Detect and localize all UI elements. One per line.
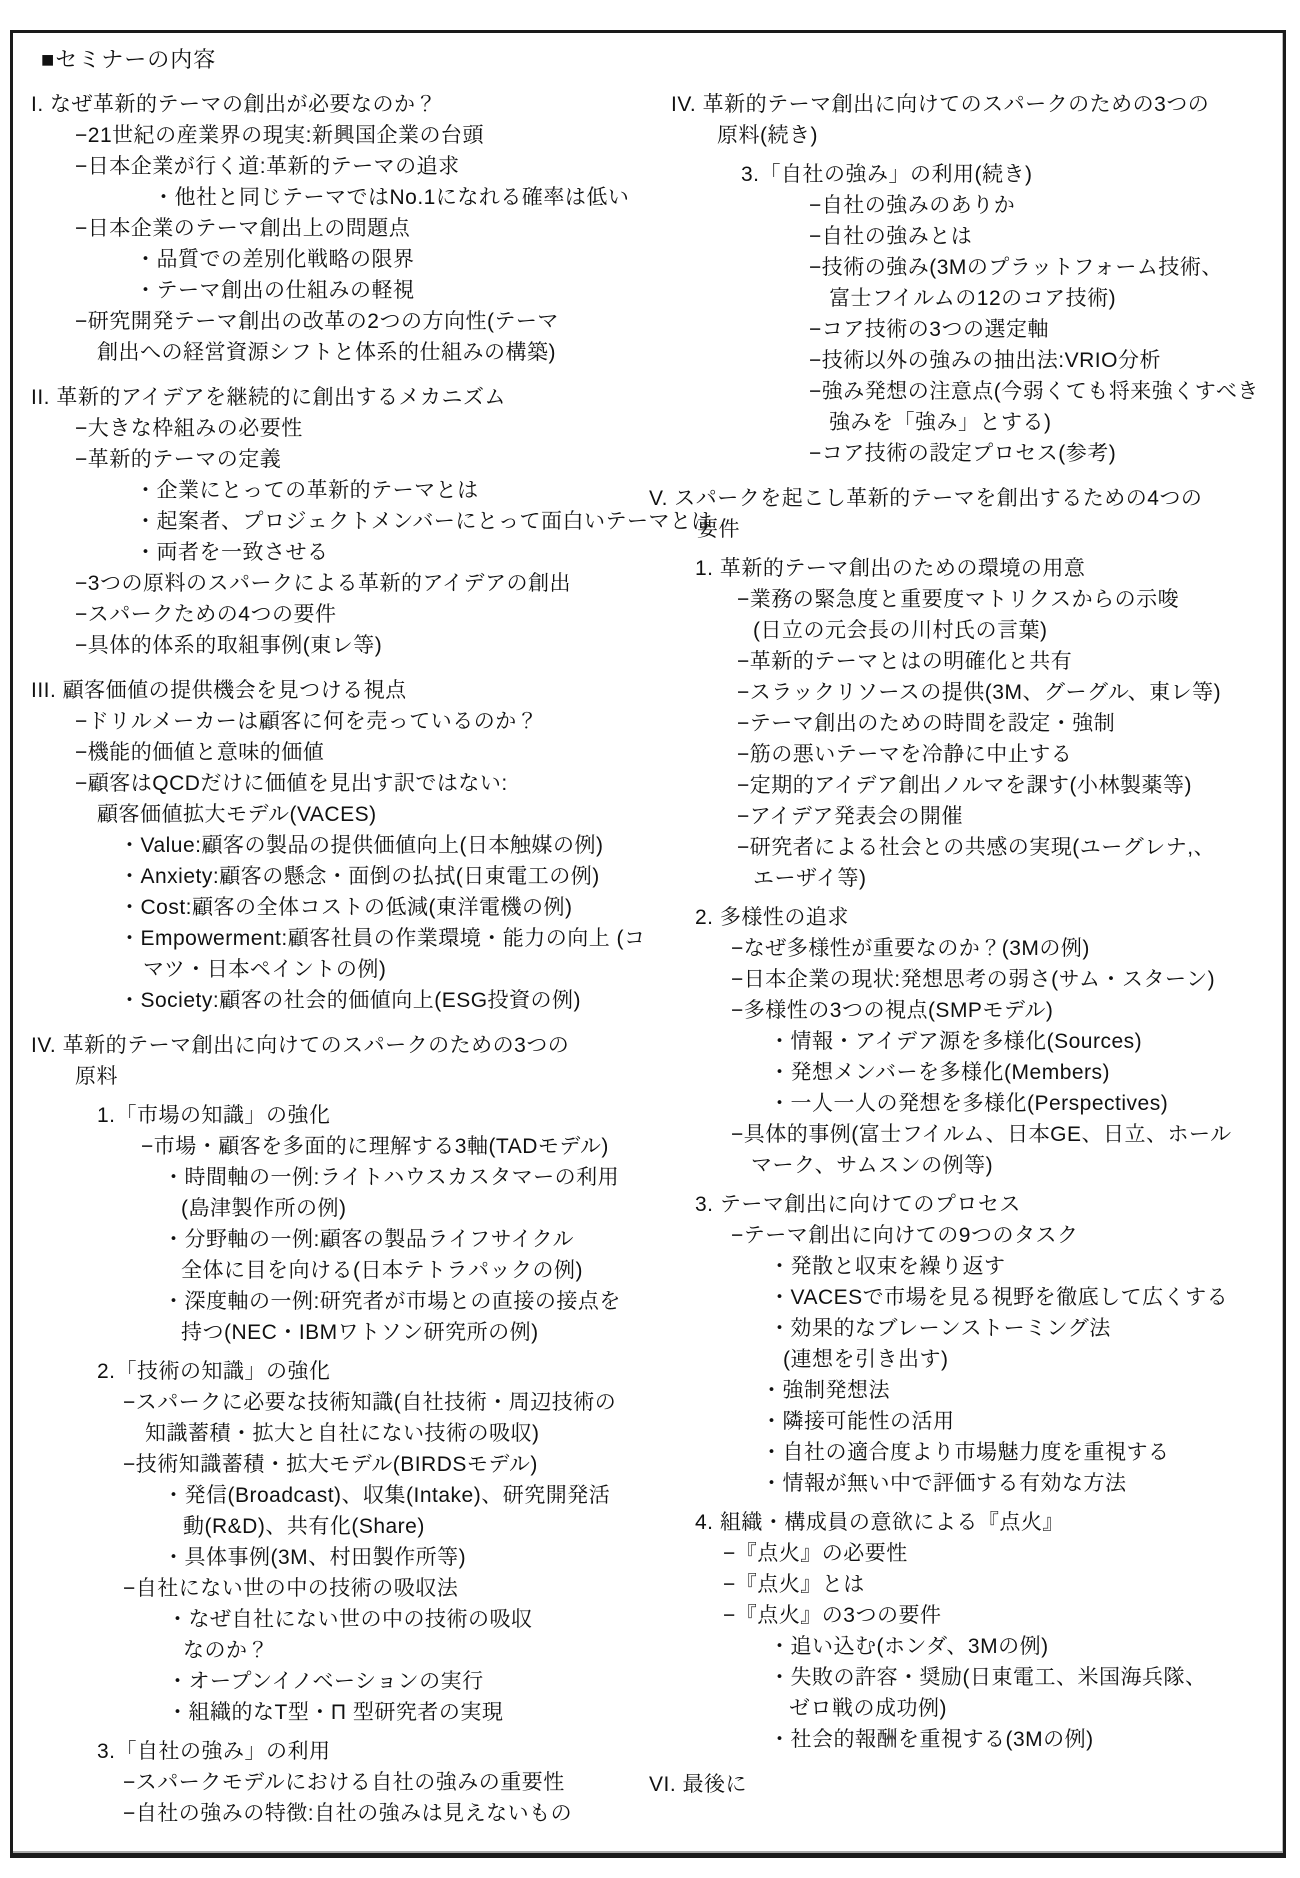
outline-line: 富士フイルムの12のコア技術) xyxy=(649,283,1283,314)
outline-line: IV. 革新的テーマ創出に向けてのスパークのための3つの xyxy=(31,1030,651,1061)
seminar-outline-document: { "page": { "title": "■セミナーの内容", "backgr… xyxy=(0,0,1300,1878)
outline-line: −顧客はQCDだけに価値を見出す訳ではない: xyxy=(31,768,651,799)
outline-line: 3.「自社の強み」の利用 xyxy=(31,1736,651,1767)
outline-line: ・両者を一致させる xyxy=(31,537,651,568)
outline-line: −自社の強みのありか xyxy=(649,190,1283,221)
outline-line: なのか？ xyxy=(31,1635,651,1666)
outline-line: 原料 xyxy=(31,1061,651,1092)
outline-line: −具体的体系的取組事例(東レ等) xyxy=(31,630,651,661)
outline-line: I. なぜ革新的テーマの創出が必要なのか？ xyxy=(31,89,651,120)
outline-line: −自社の強みとは xyxy=(649,221,1283,252)
outline-line: ・強制発想法 xyxy=(649,1375,1283,1406)
outline-line: ・他社と同じテーマではNo.1になれる確率は低い xyxy=(31,182,651,213)
outline-line: ・効果的なブレーンストーミング法 xyxy=(649,1313,1283,1344)
outline-line: −テーマ創出に向けての9つのタスク xyxy=(649,1220,1283,1251)
outline-line: 知識蓄積・拡大と自社にない技術の吸収) xyxy=(31,1418,651,1449)
outline-line: VI. 最後に xyxy=(649,1769,1283,1800)
outline-line: ・時間軸の一例:ライトハウスカスタマーの利用 xyxy=(31,1162,651,1193)
outline-line: 強みを「強み」とする) xyxy=(649,407,1283,438)
outline-line: 顧客価値拡大モデル(VACES) xyxy=(31,799,651,830)
outline-line: −コア技術の設定プロセス(参考) xyxy=(649,438,1283,469)
outline-line: 3.「自社の強み」の利用(続き) xyxy=(649,159,1283,190)
outline-line: −ドリルメーカーは顧客に何を売っているのか？ xyxy=(31,706,651,737)
outline-line: ・失敗の許容・奨励(日東電工、米国海兵隊、 xyxy=(649,1662,1283,1693)
outline-line: ・テーマ創出の仕組みの軽視 xyxy=(31,275,651,306)
outline-line: −多様性の3つの視点(SMPモデル) xyxy=(649,995,1283,1026)
outline-line: (日立の元会長の川村氏の言葉) xyxy=(649,615,1283,646)
outline-line: II. 革新的アイデアを継続的に創出するメカニズム xyxy=(31,382,651,413)
outline-line: −『点火』の3つの要件 xyxy=(649,1600,1283,1631)
outline-line: −スラックリソースの提供(3M、グーグル、東レ等) xyxy=(649,677,1283,708)
outline-line: ・企業にとっての革新的テーマとは xyxy=(31,475,651,506)
outline-line: ・VACESで市場を見る視野を徹底して広くする xyxy=(649,1282,1283,1313)
outline-line: 要件 xyxy=(649,514,1283,545)
outline-line: ・社会的報酬を重視する(3Mの例) xyxy=(649,1724,1283,1755)
outline-line: −強み発想の注意点(今弱くても将来強くすべき xyxy=(649,376,1283,407)
outline-line: ・深度軸の一例:研究者が市場との直接の接点を xyxy=(31,1286,651,1317)
outline-line: ・なぜ自社にない世の中の技術の吸収 xyxy=(31,1604,651,1635)
outline-line: ・Society:顧客の社会的価値向上(ESG投資の例) xyxy=(31,985,651,1016)
outline-line: −研究開発テーマ創出の改革の2つの方向性(テーマ xyxy=(31,306,651,337)
outline-line: −業務の緊急度と重要度マトリクスからの示唆 xyxy=(649,584,1283,615)
outline-line: 全体に目を向ける(日本テトラパックの例) xyxy=(31,1255,651,1286)
outline-line: (連想を引き出す) xyxy=(649,1344,1283,1375)
outline-line: −機能的価値と意味的価値 xyxy=(31,737,651,768)
outline-line: エーザイ等) xyxy=(649,863,1283,894)
outline-line: −筋の悪いテーマを冷静に中止する xyxy=(649,739,1283,770)
outline-line: ・隣接可能性の活用 xyxy=(649,1406,1283,1437)
outline-line: ・分野軸の一例:顧客の製品ライフサイクル xyxy=(31,1224,651,1255)
outline-line: −技術の強み(3Mのプラットフォーム技術、 xyxy=(649,252,1283,283)
outline-line: −技術知識蓄積・拡大モデル(BIRDSモデル) xyxy=(31,1449,651,1480)
outline-line: ・Value:顧客の製品の提供価値向上(日本触媒の例) xyxy=(31,830,651,861)
outline-line: ・起案者、プロジェクトメンバーにとって面白いテーマとは xyxy=(31,506,651,537)
outline-line: −日本企業が行く道:革新的テーマの追求 xyxy=(31,151,651,182)
outline-line: −研究者による社会との共感の実現(ユーグレナ,、 xyxy=(649,832,1283,863)
outline-line: −21世紀の産業界の現実:新興国企業の台頭 xyxy=(31,120,651,151)
outline-line: ・一人一人の発想を多様化(Perspectives) xyxy=(649,1088,1283,1119)
outline-line: −3つの原料のスパークによる革新的アイデアの創出 xyxy=(31,568,651,599)
outline-line: ・Empowerment:顧客社員の作業環境・能力の向上 (コ xyxy=(31,923,651,954)
outline-line: 2.「技術の知識」の強化 xyxy=(31,1356,651,1387)
outline-line: −スパークための4つの要件 xyxy=(31,599,651,630)
outline-line: ・具体事例(3M、村田製作所等) xyxy=(31,1542,651,1573)
outline-line: −日本企業の現状:発想思考の弱さ(サム・スターン) xyxy=(649,964,1283,995)
outline-line: V. スパークを起こし革新的テーマを創出するための4つの xyxy=(649,483,1283,514)
outline-line: 創出への経営資源シフトと体系的仕組みの構築) xyxy=(31,337,651,368)
outline-line: −コア技術の3つの選定軸 xyxy=(649,314,1283,345)
outline-line: III. 顧客価値の提供機会を見つける視点 xyxy=(31,675,651,706)
outline-line: 原料(続き) xyxy=(649,120,1283,151)
outline-line: IV. 革新的テーマ創出に向けてのスパークのための3つの xyxy=(649,89,1283,120)
outline-line: −自社にない世の中の技術の吸収法 xyxy=(31,1573,651,1604)
outline-line: 1. 革新的テーマ創出のための環境の用意 xyxy=(649,553,1283,584)
outline-line: −自社の強みの特徴:自社の強みは見えないもの xyxy=(31,1798,651,1829)
outline-line: −市場・顧客を多面的に理解する3軸(TADモデル) xyxy=(31,1131,651,1162)
outline-line: 1.「市場の知識」の強化 xyxy=(31,1100,651,1131)
outline-line: ・発信(Broadcast)、収集(Intake)、研究開発活 xyxy=(31,1480,651,1511)
outline-line: −革新的テーマとはの明確化と共有 xyxy=(649,646,1283,677)
outline-line: −具体的事例(富士フイルム、日本GE、日立、ホール xyxy=(649,1119,1283,1150)
outline-line: −スパークに必要な技術知識(自社技術・周辺技術の xyxy=(31,1387,651,1418)
right-column: IV. 革新的テーマ創出に向けてのスパークのための3つの原料(続き)3.「自社の… xyxy=(649,89,1283,1800)
outline-line: −日本企業のテーマ創出上の問題点 xyxy=(31,213,651,244)
outline-line: −革新的テーマの定義 xyxy=(31,444,651,475)
outline-line: ・発想メンバーを多様化(Members) xyxy=(649,1057,1283,1088)
outline-line: 持つ(NEC・IBMワトソン研究所の例) xyxy=(31,1317,651,1348)
outline-line: ・発散と収束を繰り返す xyxy=(649,1251,1283,1282)
outline-line: ・組織的なT型・Π 型研究者の実現 xyxy=(31,1697,651,1728)
page-frame: ■セミナーの内容 I. なぜ革新的テーマの創出が必要なのか？−21世紀の産業界の… xyxy=(10,30,1286,1858)
outline-line: 2. 多様性の追求 xyxy=(649,902,1283,933)
outline-line: −スパークモデルにおける自社の強みの重要性 xyxy=(31,1767,651,1798)
outline-line: ・情報が無い中で評価する有効な方法 xyxy=(649,1468,1283,1499)
page-title: ■セミナーの内容 xyxy=(41,43,216,74)
outline-line: 3. テーマ創出に向けてのプロセス xyxy=(649,1189,1283,1220)
outline-line: ・品質での差別化戦略の限界 xyxy=(31,244,651,275)
outline-line: ・自社の適合度より市場魅力度を重視する xyxy=(649,1437,1283,1468)
outline-line: マツ・日本ペイントの例) xyxy=(31,954,651,985)
outline-line: ・オープンイノベーションの実行 xyxy=(31,1666,651,1697)
outline-line: マーク、サムスンの例等) xyxy=(649,1150,1283,1181)
outline-line: −大きな枠組みの必要性 xyxy=(31,413,651,444)
outline-line: ・Anxiety:顧客の懸念・面倒の払拭(日東電工の例) xyxy=(31,861,651,892)
outline-line: ゼロ戦の成功例) xyxy=(649,1693,1283,1724)
outline-line: −テーマ創出のための時間を設定・強制 xyxy=(649,708,1283,739)
outline-line: −アイデア発表会の開催 xyxy=(649,801,1283,832)
outline-line: ・情報・アイデア源を多様化(Sources) xyxy=(649,1026,1283,1057)
outline-line: −定期的アイデア創出ノルマを課す(小林製薬等) xyxy=(649,770,1283,801)
outline-line: 4. 組織・構成員の意欲による『点火』 xyxy=(649,1507,1283,1538)
outline-line: −『点火』とは xyxy=(649,1569,1283,1600)
outline-line: −『点火』の必要性 xyxy=(649,1538,1283,1569)
outline-line: −技術以外の強みの抽出法:VRIO分析 xyxy=(649,345,1283,376)
outline-line: ・追い込む(ホンダ、3Mの例) xyxy=(649,1631,1283,1662)
outline-line: (島津製作所の例) xyxy=(31,1193,651,1224)
outline-line: −なぜ多様性が重要なのか？(3Mの例) xyxy=(649,933,1283,964)
outline-line: ・Cost:顧客の全体コストの低減(東洋電機の例) xyxy=(31,892,651,923)
left-column: I. なぜ革新的テーマの創出が必要なのか？−21世紀の産業界の現実:新興国企業の… xyxy=(31,89,651,1829)
outline-line: 動(R&D)、共有化(Share) xyxy=(31,1511,651,1542)
